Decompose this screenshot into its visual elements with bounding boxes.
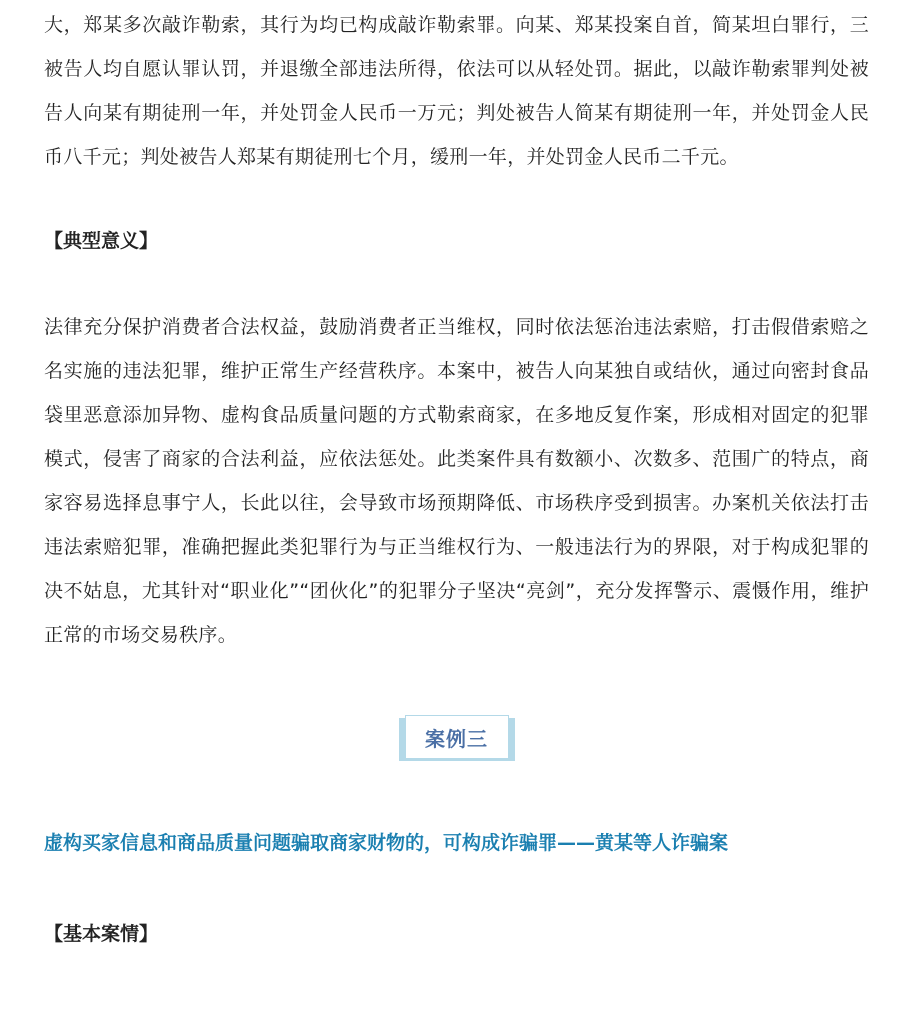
- case-badge-container: 案例三: [44, 716, 869, 758]
- case-badge-label: 案例三: [405, 715, 509, 759]
- section-heading-significance: 【典型意义】: [44, 219, 869, 263]
- case-badge: 案例三: [405, 716, 509, 758]
- section-heading-basic-facts: 【基本案情】: [44, 912, 869, 956]
- significance-paragraph: 法律充分保护消费者合法权益，鼓励消费者正当维权，同时依法惩治违法索赔，打击假借索…: [44, 305, 869, 657]
- verdict-paragraph: 大，郑某多次敲诈勒索，其行为均已构成敲诈勒索罪。向某、郑某投案自首，简某坦白罪行…: [44, 3, 869, 179]
- case-title: 虚构买家信息和商品质量问题骗取商家财物的，可构成诈骗罪——黄某等人诈骗案: [44, 828, 869, 858]
- article-body: 大，郑某多次敲诈勒索，其行为均已构成敲诈勒索罪。向某、郑某投案自首，简某坦白罪行…: [0, 3, 907, 956]
